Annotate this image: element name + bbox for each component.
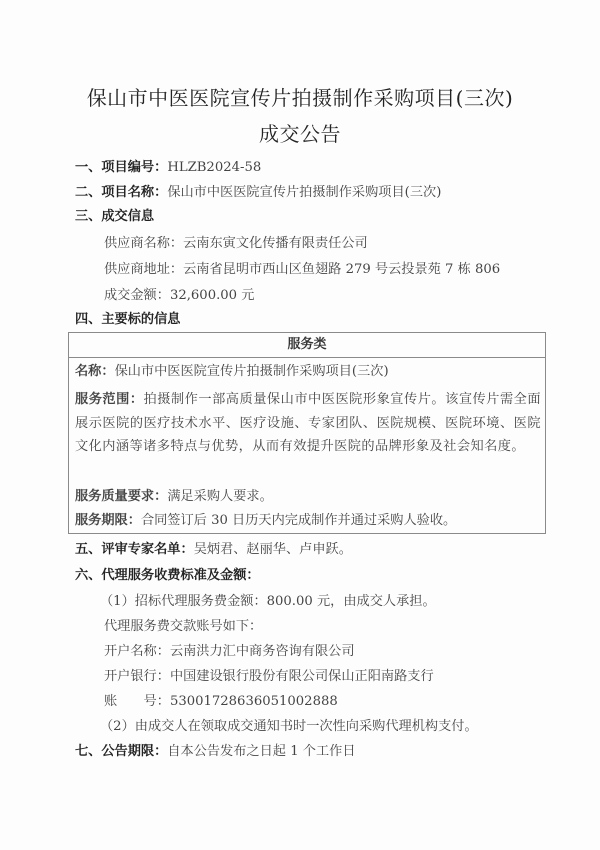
account-name-row: 开户名称：云南洪力汇中商务咨询有限公司 xyxy=(104,643,355,661)
supplier-address-value: 云南省昆明市西山区鱼翅路 279 号云投景苑 7 栋 806 xyxy=(183,262,500,277)
account-number-value: 53001728636051002888 xyxy=(170,694,338,709)
section-project-name: 二、项目名称：保山市中医医院宣传片拍摄制作采购项目(三次) xyxy=(75,184,441,202)
service-scope-value: 拍摄制作一部高质量保山市中医医院形象宣传片。该宣传片需全面展示医院的医疗技术水平… xyxy=(75,392,541,454)
supplier-address-row: 供应商地址：云南省昆明市西山区鱼翅路 279 号云投景苑 7 栋 806 xyxy=(104,261,500,279)
experts-value: 吴炳君、赵丽华、卢申跃。 xyxy=(194,542,352,557)
account-intro: 代理服务费交款账号如下： xyxy=(104,618,262,636)
account-name-value: 云南洪力汇中商务咨询有限公司 xyxy=(170,644,355,659)
supplier-name-value: 云南东寅文化传播有限责任公司 xyxy=(183,236,368,251)
deal-amount-row: 成交金额：32,600.00 元 xyxy=(104,287,254,305)
supplier-name-row: 供应商名称：云南东寅文化传播有限责任公司 xyxy=(104,235,368,253)
service-quality-value: 满足采购人要求。 xyxy=(167,489,273,504)
field-label: 开户银行： xyxy=(104,669,170,684)
service-period-row: 服务期限：合同签订后 30 日历天内完成制作并通过采购人验收。 xyxy=(75,512,456,530)
field-label: 开户名称： xyxy=(104,644,170,659)
account-number-row: 账 号：53001728636051002888 xyxy=(104,693,338,711)
field-label: 供应商地址： xyxy=(104,262,183,277)
section-main-subject-heading: 四、主要标的信息 xyxy=(75,311,181,329)
section-label: 三、成交信息 xyxy=(75,209,154,224)
announcement-period-value: 自本公告发布之日起 1 个工作日 xyxy=(167,744,355,759)
table-header-service-category: 服务类 xyxy=(69,333,545,358)
field-label: 服务质量要求： xyxy=(75,489,167,504)
bank-value: 中国建设银行股份有限公司保山正阳南路支行 xyxy=(170,669,434,684)
section-project-number: 一、项目编号：HLZB2024-58 xyxy=(75,159,261,177)
field-label: 账 号： xyxy=(104,694,170,709)
section-agency-fee-heading: 六、代理服务收费标准及金额： xyxy=(75,567,260,585)
document-page: 保山市中医医院宣传片拍摄制作采购项目(三次) 成交公告 一、项目编号：HLZB2… xyxy=(0,0,600,850)
agency-fee-item-1: （1）招标代理服务费金额：800.00 元，由成交人承担。 xyxy=(100,593,436,611)
subject-name-row: 名称：保山市中医医院宣传片拍摄制作采购项目(三次) xyxy=(75,363,389,381)
field-label: 供应商名称： xyxy=(104,236,183,251)
service-scope-row: 服务范围：拍摄制作一部高质量保山市中医医院形象宣传片。该宣传片需全面展示医院的医… xyxy=(75,388,541,459)
section-label: 七、公告期限： xyxy=(75,744,167,759)
section-review-experts: 五、评审专家名单：吴炳君、赵丽华、卢申跃。 xyxy=(75,541,352,559)
service-period-value: 合同签订后 30 日历天内完成制作并通过采购人验收。 xyxy=(141,513,456,528)
section-label: 四、主要标的信息 xyxy=(75,312,181,327)
subject-info-table: 服务类 名称：保山市中医医院宣传片拍摄制作采购项目(三次) 服务范围：拍摄制作一… xyxy=(68,332,546,534)
project-name-value: 保山市中医医院宣传片拍摄制作采购项目(三次) xyxy=(167,185,441,200)
section-label: 六、代理服务收费标准及金额： xyxy=(75,568,260,583)
field-label: 服务期限： xyxy=(75,513,141,528)
bank-row: 开户银行：中国建设银行股份有限公司保山正阳南路支行 xyxy=(104,668,434,686)
section-label: 二、项目名称： xyxy=(75,185,167,200)
field-label: 成交金额： xyxy=(104,288,170,303)
section-label: 五、评审专家名单： xyxy=(75,542,194,557)
document-subtitle: 成交公告 xyxy=(0,118,600,147)
field-label: 名称： xyxy=(75,364,115,379)
field-label: 服务范围： xyxy=(75,392,144,407)
section-announcement-period: 七、公告期限：自本公告发布之日起 1 个工作日 xyxy=(75,743,356,761)
deal-amount-value: 32,600.00 元 xyxy=(170,288,255,303)
subject-name-value: 保山市中医医院宣传片拍摄制作采购项目(三次) xyxy=(115,364,389,379)
section-label: 一、项目编号： xyxy=(75,160,167,175)
project-number-value: HLZB2024-58 xyxy=(167,160,261,175)
service-quality-row: 服务质量要求：满足采购人要求。 xyxy=(75,488,273,506)
agency-fee-item-2: （2）由成交人在领取成交通知书时一次性向采购代理机构支付。 xyxy=(100,718,478,736)
document-title: 保山市中医医院宣传片拍摄制作采购项目(三次) xyxy=(0,82,600,111)
section-deal-info-heading: 三、成交信息 xyxy=(75,208,154,226)
